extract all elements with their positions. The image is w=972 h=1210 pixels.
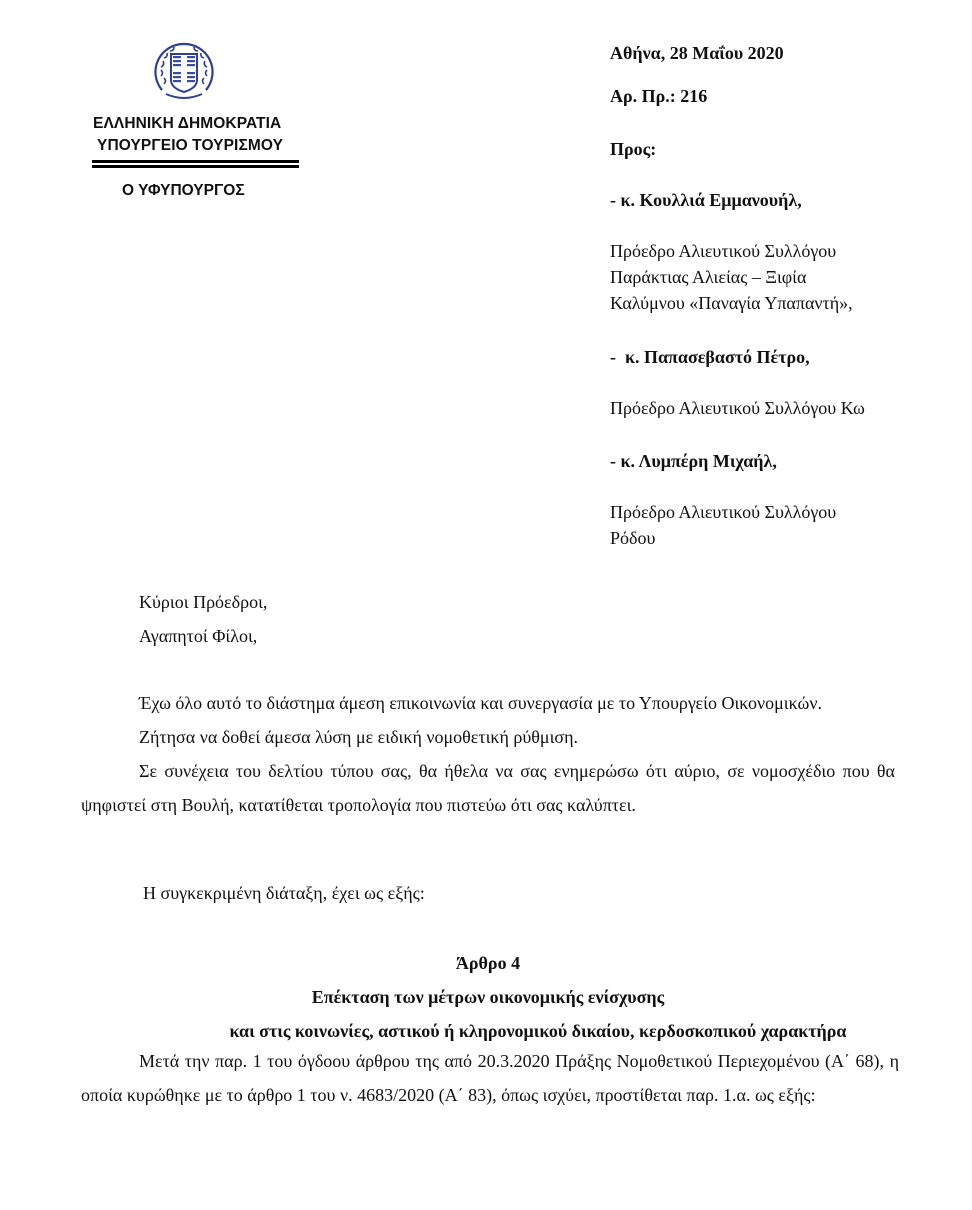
recipient-2-name: - κ. Παπασεβαστό Πέτρο, [610,344,810,370]
republic-name: ΕΛΛΗΝΙΚΗ ΔΗΜΟΚΡΑΤΙΑ [93,115,303,133]
provision-intro: Η συγκεκριμένη διάταξη, έχει ως εξής: [143,876,425,910]
article-text: Μετά την παρ. 1 του όγδοου άρθρου της απ… [81,1044,899,1112]
article-heading: Άρθρο 4 Επέκταση των μέτρων οικονομικής … [81,946,895,1048]
recipient-1-title-line: Καλύμνου «Παναγία Υπαπαντή», [610,290,853,316]
recipient-3-title: Πρόεδρο Αλιευτικού Συλλόγου Ρόδου [610,499,836,551]
protocol-number: Αρ. Πρ.: 216 [610,83,707,109]
recipient-1-title-line: Πρόεδρο Αλιευτικού Συλλόγου [610,238,853,264]
to-label: Προς: [610,136,656,162]
recipient-1-title-line: Παράκτιας Αλιείας – Ξιφία [610,264,853,290]
recipient-3-name: - κ. Λυμπέρη Μιχαήλ, [610,448,777,474]
letter-date: Αθήνα, 28 Μαΐου 2020 [610,40,784,66]
header-divider-bottom [92,165,299,168]
greek-coat-of-arms-icon [152,40,216,104]
article-title-line: Επέκταση των μέτρων οικονομικής ενίσχυση… [81,980,895,1014]
recipient-3-title-line: Ρόδου [610,525,836,551]
recipient-1-name: - κ. Κουλλιά Εμμανουήλ, [610,187,802,213]
office-title: Ο ΥΦΥΠΟΥΡΓΟΣ [122,182,245,200]
recipient-1-title: Πρόεδρο Αλιευτικού Συλλόγου Παράκτιας Αλ… [610,238,853,316]
salutation: Κύριοι Πρόεδροι, Αγαπητοί Φίλοι, [139,585,267,653]
salutation-line: Αγαπητοί Φίλοι, [139,619,267,653]
salutation-line: Κύριοι Πρόεδροι, [139,585,267,619]
body-paragraph: Έχω όλο αυτό το διάστημα άμεση επικοινων… [81,686,895,720]
article-paragraph: Μετά την παρ. 1 του όγδοου άρθρου της απ… [81,1044,899,1112]
recipient-2-title: Πρόεδρο Αλιευτικού Συλλόγου Κω [610,395,865,421]
recipient-2-title-line: Πρόεδρο Αλιευτικού Συλλόγου Κω [610,395,865,421]
ministry-name: ΥΠΟΥΡΓΕΙΟ ΤΟΥΡΙΣΜΟΥ [97,137,307,155]
article-number: Άρθρο 4 [81,946,895,980]
body-paragraph: Ζήτησα να δοθεί άμεσα λύση με ειδική νομ… [81,720,895,754]
recipient-3-title-line: Πρόεδρο Αλιευτικού Συλλόγου [610,499,836,525]
body-paragraph: Σε συνέχεια του δελτίου τύπου σας, θα ήθ… [81,754,895,822]
article-title-line: και στις κοινωνίες, αστικού ή κληρονομικ… [81,1014,895,1048]
header-divider-top [92,160,299,163]
letter-body: Έχω όλο αυτό το διάστημα άμεση επικοινων… [81,686,895,822]
